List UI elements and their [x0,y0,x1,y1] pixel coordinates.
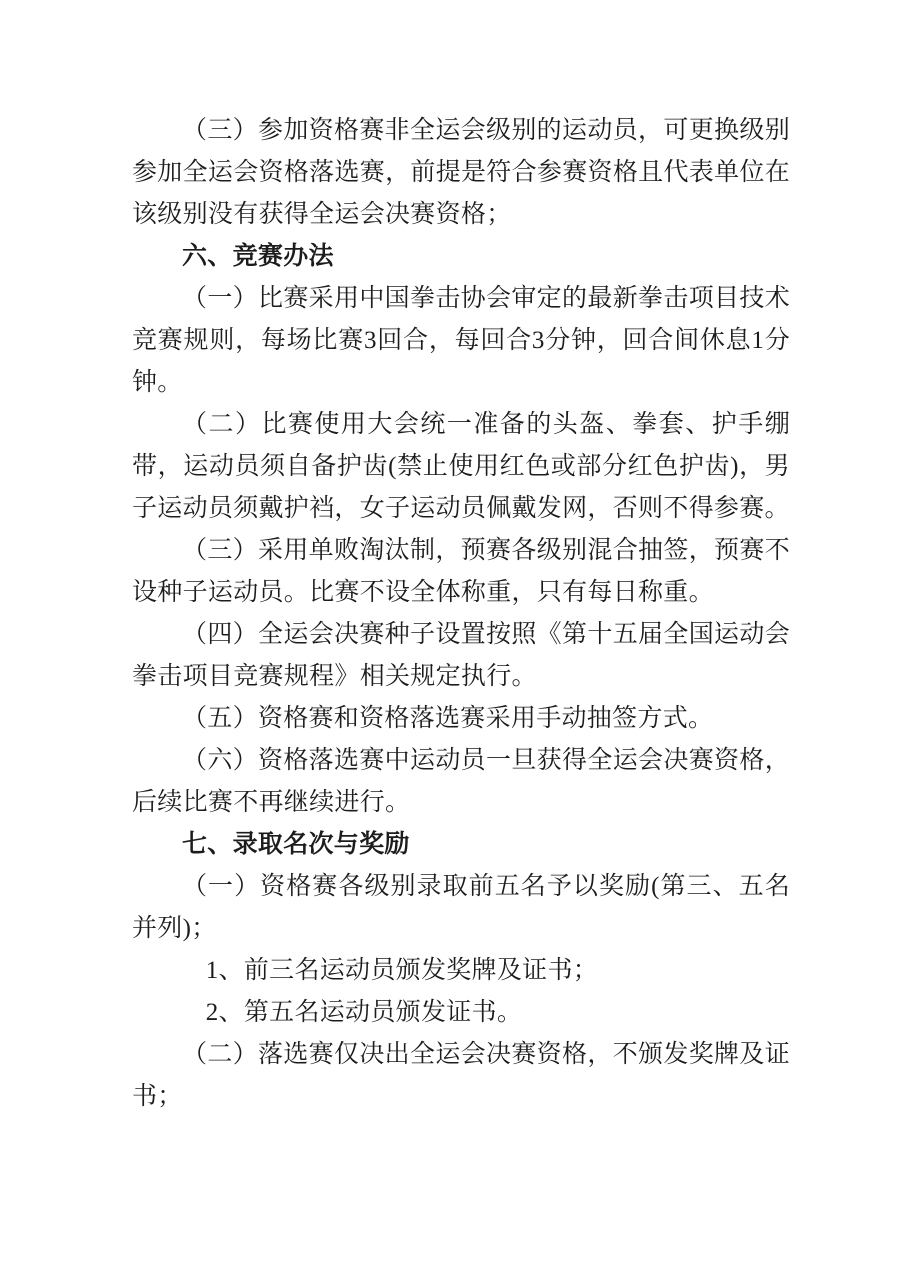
section-heading-6-competition-rules: 六、竞赛办法 [132,236,790,278]
paragraph-rules-item-3: （三）采用单败淘汰制，预赛各级别混合抽签，预赛不设种子运动员。比赛不设全体称重，… [132,530,790,614]
paragraph-awards-item-2: （二）落选赛仅决出全运会决赛资格，不颁发奖牌及证书； [132,1034,790,1118]
paragraph-item-3-eligibility: （三）参加资格赛非全运会级别的运动员，可更换级别参加全运会资格落选赛，前提是符合… [132,110,790,236]
paragraph-rules-item-5: （五）资格赛和资格落选赛采用手动抽签方式。 [132,698,790,740]
sub-item-2-certificates: 2、第五名运动员颁发证书。 [132,992,790,1034]
document-page: （三）参加资格赛非全运会级别的运动员，可更换级别参加全运会资格落选赛，前提是符合… [0,0,900,1272]
paragraph-rules-item-6: （六）资格落选赛中运动员一旦获得全运会决赛资格，后续比赛不再继续进行。 [132,740,790,824]
paragraph-awards-item-1: （一）资格赛各级别录取前五名予以奖励(第三、五名并列)； [132,866,790,950]
paragraph-rules-item-4: （四）全运会决赛种子设置按照《第十五届全国运动会拳击项目竞赛规程》相关规定执行。 [132,614,790,698]
sub-item-1-medals-certificates: 1、前三名运动员颁发奖牌及证书； [132,950,790,992]
paragraph-rules-item-1: （一）比赛采用中国拳击协会审定的最新拳击项目技术竞赛规则，每场比赛3回合，每回合… [132,278,790,404]
paragraph-rules-item-2: （二）比赛使用大会统一准备的头盔、拳套、护手绷带，运动员须自备护齿(禁止使用红色… [132,404,790,530]
document-text-block: （三）参加资格赛非全运会级别的运动员，可更换级别参加全运会资格落选赛，前提是符合… [132,110,790,1118]
section-heading-7-rankings-awards: 七、录取名次与奖励 [132,824,790,866]
